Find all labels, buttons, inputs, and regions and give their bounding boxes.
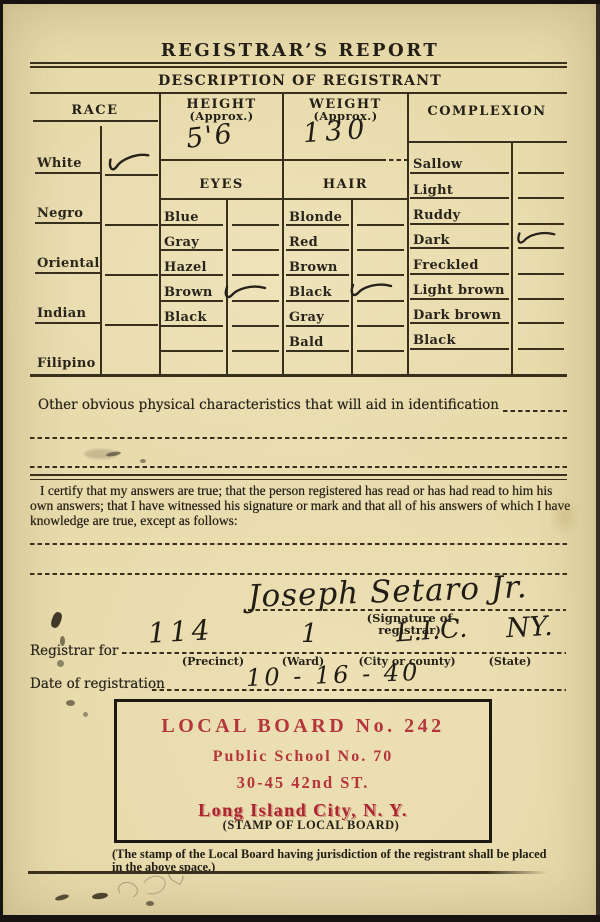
complexion-check-cell-underline: [518, 273, 564, 275]
hair-header-underline: [282, 198, 407, 200]
double-rule-bottom: [30, 66, 567, 68]
eyes-row-underline: [161, 249, 223, 251]
col-divider-1: [159, 92, 161, 376]
section-rule-light: [30, 479, 567, 480]
blank-dotted-line: [30, 466, 567, 468]
ink-blot: [66, 700, 75, 706]
hair-row-underline: [286, 274, 349, 276]
weight-value-underline: [282, 159, 386, 161]
race-row-underline: [35, 322, 100, 324]
eyes-row-underline: [161, 325, 223, 327]
scan-edge-bottom: [0, 915, 600, 922]
hair-row-underline: [286, 350, 349, 352]
hair-row-underline: [286, 224, 349, 226]
race-check-cell-underline: [105, 274, 158, 276]
checkmark-icon: [348, 278, 394, 302]
eyes-option-brown: Brown: [164, 286, 213, 299]
col-divider-3: [407, 92, 409, 376]
complexion-check-cell-underline: [518, 348, 564, 350]
complexion-option-ruddy: Ruddy: [413, 209, 461, 222]
registration-date-label: Date of registration: [30, 678, 165, 692]
complexion-row-underline: [410, 197, 509, 199]
eyes-check-cell-underline: [232, 249, 279, 251]
table-bottom-rule: [30, 374, 567, 377]
eyes-check-cell-underline: [232, 350, 279, 352]
ink-blot: [57, 660, 64, 667]
hair-header: HAIR: [284, 178, 407, 191]
race-header-underline: [33, 120, 158, 122]
checkmark-icon: [222, 280, 268, 304]
height-value-handwriting: 5'6: [185, 120, 236, 153]
race-option-white: White: [37, 157, 82, 170]
hair-check-cell-underline: [357, 224, 404, 226]
eyes-check-cell-underline: [232, 224, 279, 226]
complexion-check-cell-underline: [518, 322, 564, 324]
eyes-option-hazel: Hazel: [164, 261, 207, 274]
stamp-line-board: LOCAL BOARD No. 242: [117, 715, 489, 738]
complexion-row-underline: [410, 322, 509, 324]
race-check-divider: [100, 126, 102, 376]
complexion-option-dark-brown: Dark brown: [413, 309, 501, 322]
local-board-stamp-box: LOCAL BOARD No. 242 Public School No. 70…: [114, 699, 492, 843]
ink-blot: [50, 611, 64, 629]
race-option-negro: Negro: [37, 207, 83, 220]
registrar-for-label: Registrar for: [30, 645, 118, 659]
hair-row-underline: [286, 325, 349, 327]
pencil-smudge: [140, 459, 146, 463]
eyes-row-underline: [161, 300, 223, 302]
blank-dotted-line: [30, 437, 567, 439]
race-row-underline: [35, 272, 100, 274]
page-title: REGISTRAR’S REPORT: [0, 40, 600, 61]
complexion-row-underline: [410, 223, 509, 225]
certification-text: I certify that my answers are true; that…: [30, 483, 575, 528]
hair-check-cell-underline: [357, 350, 404, 352]
race-row-underline: [35, 222, 100, 224]
hair-option-red: Red: [289, 236, 318, 249]
hair-check-cell-underline: [357, 325, 404, 327]
hair-option-gray: Gray: [289, 311, 324, 324]
complexion-row-underline: [410, 348, 509, 350]
hair-check-cell-underline: [357, 274, 404, 276]
pencil-scribble: [146, 901, 154, 906]
eyes-option-blue: Blue: [164, 211, 199, 224]
complexion-check-cell-underline: [518, 223, 564, 225]
eyes-check-cell-underline: [232, 274, 279, 276]
eyes-option-gray: Gray: [164, 236, 199, 249]
scan-edge-right: [596, 0, 600, 922]
table-top-rule: [30, 92, 567, 94]
pencil-scribble: [116, 880, 139, 901]
pencil-scribble: [140, 872, 169, 897]
pencil-scribble: [92, 892, 109, 900]
complexion-row-underline: [410, 247, 509, 249]
race-option-filipino: Filipino: [37, 357, 96, 370]
complexion-check-cell-underline: [518, 197, 564, 199]
complexion-header-underline: [407, 141, 567, 143]
ward-value-handwriting: 1: [301, 621, 318, 647]
checkmark-icon: [514, 227, 558, 249]
race-check-cell-underline: [105, 324, 158, 326]
hair-option-bald: Bald: [289, 336, 324, 349]
eyes-option-black: Black: [164, 311, 207, 324]
pencil-scribble: [55, 893, 70, 901]
eyes-row-underline: [161, 350, 223, 352]
checkmark-icon: [105, 147, 154, 177]
complexion-option-light-brown: Light brown: [413, 284, 505, 297]
other-characteristics-label: Other obvious physical characteristics t…: [38, 399, 499, 413]
eyes-row-underline: [161, 274, 223, 276]
dotted-fill-line: [503, 410, 567, 412]
weight-value-handwriting: 130: [302, 116, 370, 148]
hair-row-underline: [286, 300, 349, 302]
hair-option-blonde: Blonde: [289, 211, 342, 224]
eyes-header-underline: [159, 198, 282, 200]
col-divider-2: [282, 92, 284, 376]
scan-edge-left: [0, 0, 3, 922]
section-rule-heavy: [30, 474, 567, 477]
stamp-line-street: 30-45 42nd ST.: [117, 773, 489, 793]
race-header: RACE: [30, 104, 160, 117]
other-characteristics-row: Other obvious physical characteristics t…: [38, 399, 567, 413]
blank-dotted-line: [30, 543, 567, 545]
complexion-row-underline: [410, 298, 509, 300]
height-value-underline: [159, 159, 282, 161]
hair-row-underline: [286, 249, 349, 251]
stamp-caption: (STAMP OF LOCAL BOARD): [117, 818, 489, 833]
registrar-for-line: [122, 652, 566, 654]
precinct-value-handwriting: 114: [147, 616, 214, 647]
complexion-option-light: Light: [413, 184, 453, 197]
hair-check-cell-underline: [357, 249, 404, 251]
race-option-oriental: Oriental: [37, 257, 100, 270]
weight-value-underline-dashes: [389, 159, 407, 161]
registrar-report-card: REGISTRAR’S REPORT DESCRIPTION OF REGIST…: [0, 0, 600, 922]
hair-option-black: Black: [289, 286, 332, 299]
complexion-check-cell-underline: [518, 172, 564, 174]
race-check-cell-underline: [105, 224, 158, 226]
complexion-check-cell-underline: [518, 298, 564, 300]
double-rule-top: [30, 62, 567, 64]
complexion-header: COMPLEXION: [407, 105, 567, 118]
eyes-check-cell-underline: [232, 325, 279, 327]
ink-blot: [83, 712, 88, 717]
complexion-row-underline: [410, 172, 509, 174]
scan-edge-top: [0, 0, 600, 4]
ink-blot: [60, 636, 65, 646]
state-label: (State): [470, 656, 550, 667]
registration-date-handwriting: 10 - 16 - 40: [246, 660, 421, 690]
registrar-signature-handwriting: Joseph Setaro Jr.: [248, 572, 528, 613]
eyes-row-underline: [161, 224, 223, 226]
complexion-option-sallow: Sallow: [413, 158, 462, 171]
complexion-row-underline: [410, 273, 509, 275]
bottom-rule: [28, 871, 548, 874]
complexion-option-black: Black: [413, 334, 456, 347]
race-option-indian: Indian: [37, 307, 86, 320]
complexion-option-freckled: Freckled: [413, 259, 479, 272]
race-row-underline: [35, 172, 100, 174]
eyes-header: EYES: [161, 178, 282, 191]
state-value-handwriting: NY.: [505, 613, 553, 642]
city-county-value-handwriting: L.I.C.: [395, 616, 468, 647]
stamp-line-school: Public School No. 70: [117, 748, 489, 766]
hair-option-brown: Brown: [289, 261, 338, 274]
pencil-smudge: [106, 451, 121, 458]
complexion-check-divider: [511, 143, 513, 374]
registration-date-line: [152, 689, 566, 691]
complexion-option-dark: Dark: [413, 234, 450, 247]
section-title: DESCRIPTION OF REGISTRANT: [0, 73, 600, 89]
